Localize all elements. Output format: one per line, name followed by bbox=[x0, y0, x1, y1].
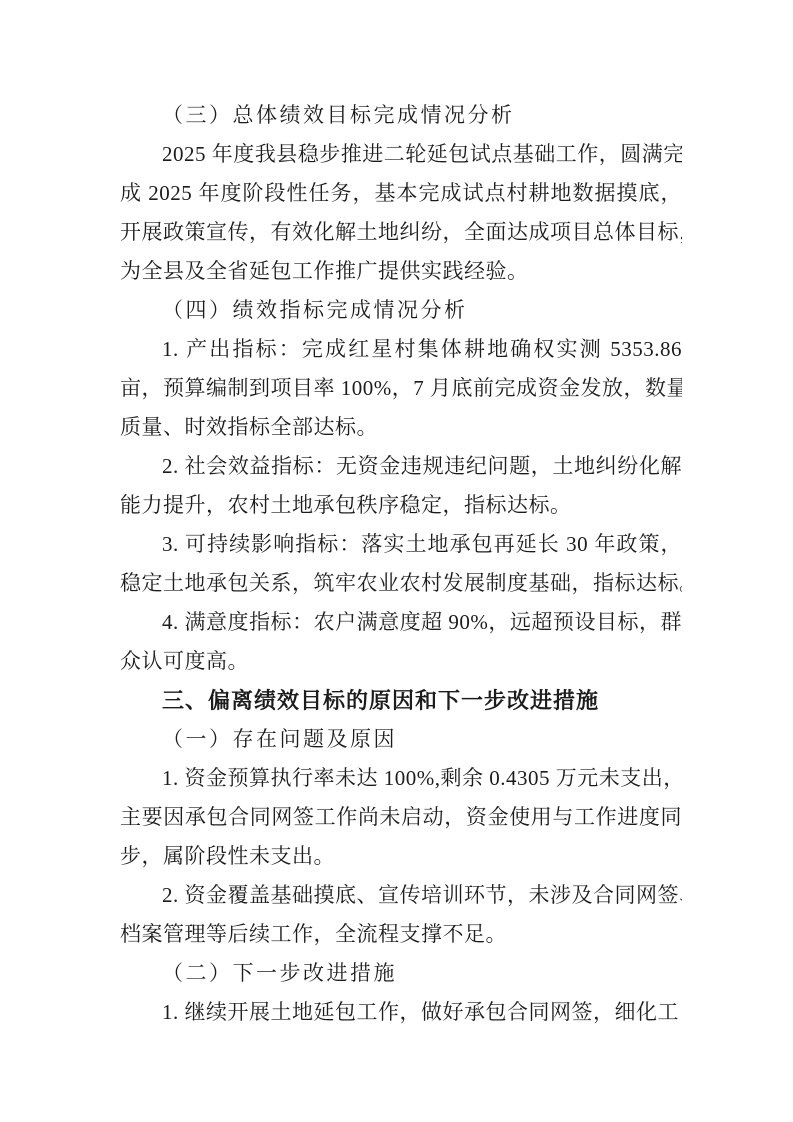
paragraph-line: 1. 资金预算执行率未达 100%,剩余 0.4305 万元未支出， bbox=[120, 759, 682, 798]
paragraph-line: 档案管理等后续工作，全流程支撑不足。 bbox=[120, 915, 682, 954]
paragraph-line: 步，属阶段性未支出。 bbox=[120, 837, 682, 876]
paragraph-line: 2025 年度我县稳步推进二轮延包试点基础工作，圆满完 bbox=[120, 135, 682, 174]
paragraph-line: 众认可度高。 bbox=[120, 642, 682, 681]
paragraph-line: 亩，预算编制到项目率 100%，7 月底前完成资金发放，数量、 bbox=[120, 369, 682, 408]
paragraph-line: 4. 满意度指标：农户满意度超 90%，远超预设目标，群 bbox=[120, 603, 682, 642]
paragraph-line: 为全县及全省延包工作推广提供实践经验。 bbox=[120, 252, 682, 291]
document-page: （三）总体绩效目标完成情况分析2025 年度我县稳步推进二轮延包试点基础工作，圆… bbox=[0, 0, 793, 1122]
paragraph-line: 1. 产出指标：完成红星村集体耕地确权实测 5353.86 bbox=[120, 330, 682, 369]
section-heading-line: 三、偏离绩效目标的原因和下一步改进措施 bbox=[120, 681, 682, 720]
paragraph-line: 2. 资金覆盖基础摸底、宣传培训环节，未涉及合同网签、 bbox=[120, 876, 682, 915]
paragraph-line: 质量、时效指标全部达标。 bbox=[120, 408, 682, 447]
paragraph-line: 2. 社会效益指标：无资金违规违纪问题，土地纠纷化解 bbox=[120, 447, 682, 486]
sub-heading-line: （一）存在问题及原因 bbox=[120, 720, 682, 759]
sub-heading-line: （四）绩效指标完成情况分析 bbox=[120, 291, 682, 330]
sub-heading-line: （三）总体绩效目标完成情况分析 bbox=[120, 96, 682, 135]
paragraph-line: 3. 可持续影响指标：落实土地承包再延长 30 年政策， bbox=[120, 525, 682, 564]
paragraph-line: 1. 继续开展土地延包工作，做好承包合同网签，细化工 bbox=[120, 993, 682, 1032]
document-body: （三）总体绩效目标完成情况分析2025 年度我县稳步推进二轮延包试点基础工作，圆… bbox=[120, 96, 682, 1032]
paragraph-line: 能力提升，农村土地承包秩序稳定，指标达标。 bbox=[120, 486, 682, 525]
paragraph-line: 成 2025 年度阶段性任务，基本完成试点村耕地数据摸底， bbox=[120, 174, 682, 213]
paragraph-line: 主要因承包合同网签工作尚未启动，资金使用与工作进度同 bbox=[120, 798, 682, 837]
paragraph-line: 稳定土地承包关系，筑牢农业农村发展制度基础，指标达标。 bbox=[120, 564, 682, 603]
paragraph-line: 开展政策宣传，有效化解土地纠纷，全面达成项目总体目标， bbox=[120, 213, 682, 252]
sub-heading-line: （二）下一步改进措施 bbox=[120, 954, 682, 993]
